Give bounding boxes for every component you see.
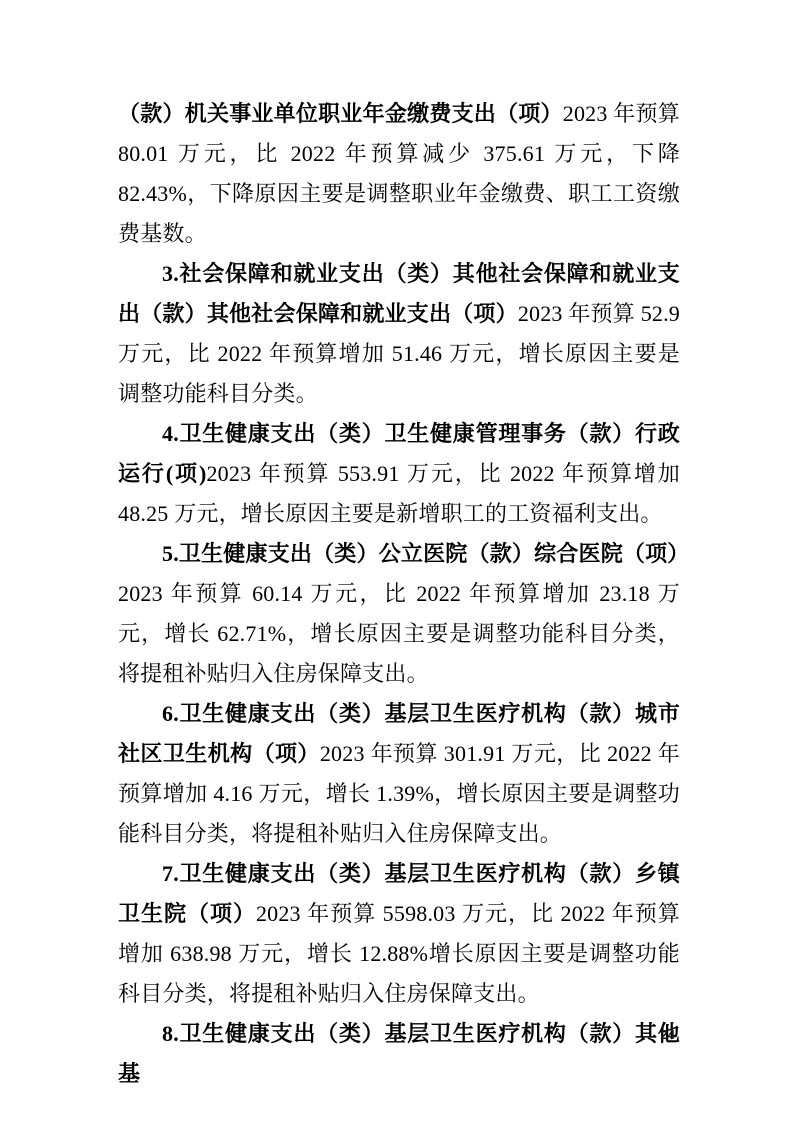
document-page: （款）机关事业单位职业年金缴费支出（项）2023 年预算 80.01 万元，比 … — [0, 0, 793, 1122]
budget-paragraph: 7.卫生健康支出（类）基层卫生医疗机构（款）乡镇卫生院（项）2023 年预算 5… — [118, 854, 680, 1014]
budget-paragraph: 6.卫生健康支出（类）基层卫生医疗机构（款）城市社区卫生机构（项）2023 年预… — [118, 694, 680, 854]
budget-item-heading: 5.卫生健康支出（类）公立医院（款）综合医院（项） — [162, 541, 690, 566]
budget-item-heading: 8.卫生健康支出（类）基层卫生医疗机构（款）其他基 — [118, 1021, 680, 1086]
document-body: （款）机关事业单位职业年金缴费支出（项）2023 年预算 80.01 万元，比 … — [118, 94, 680, 1094]
page-number: 24 — [661, 1027, 675, 1042]
budget-item-heading: （款）机关事业单位职业年金缴费支出（项） — [118, 101, 563, 126]
budget-item-text: 2023 年预算 60.14 万元，比 2022 年预算增加 23.18 万元，… — [118, 581, 680, 686]
budget-paragraph: 5.卫生健康支出（类）公立医院（款）综合医院（项）2023 年预算 60.14 … — [118, 534, 680, 694]
budget-paragraph: 3.社会保障和就业支出（类）其他社会保障和就业支出（款）其他社会保障和就业支出（… — [118, 254, 680, 414]
budget-paragraph: 4.卫生健康支出（类）卫生健康管理事务（款）行政运行(项)2023 年预算 55… — [118, 414, 680, 534]
budget-paragraph: 8.卫生健康支出（类）基层卫生医疗机构（款）其他基 — [118, 1014, 680, 1094]
budget-paragraph: （款）机关事业单位职业年金缴费支出（项）2023 年预算 80.01 万元，比 … — [118, 94, 680, 254]
